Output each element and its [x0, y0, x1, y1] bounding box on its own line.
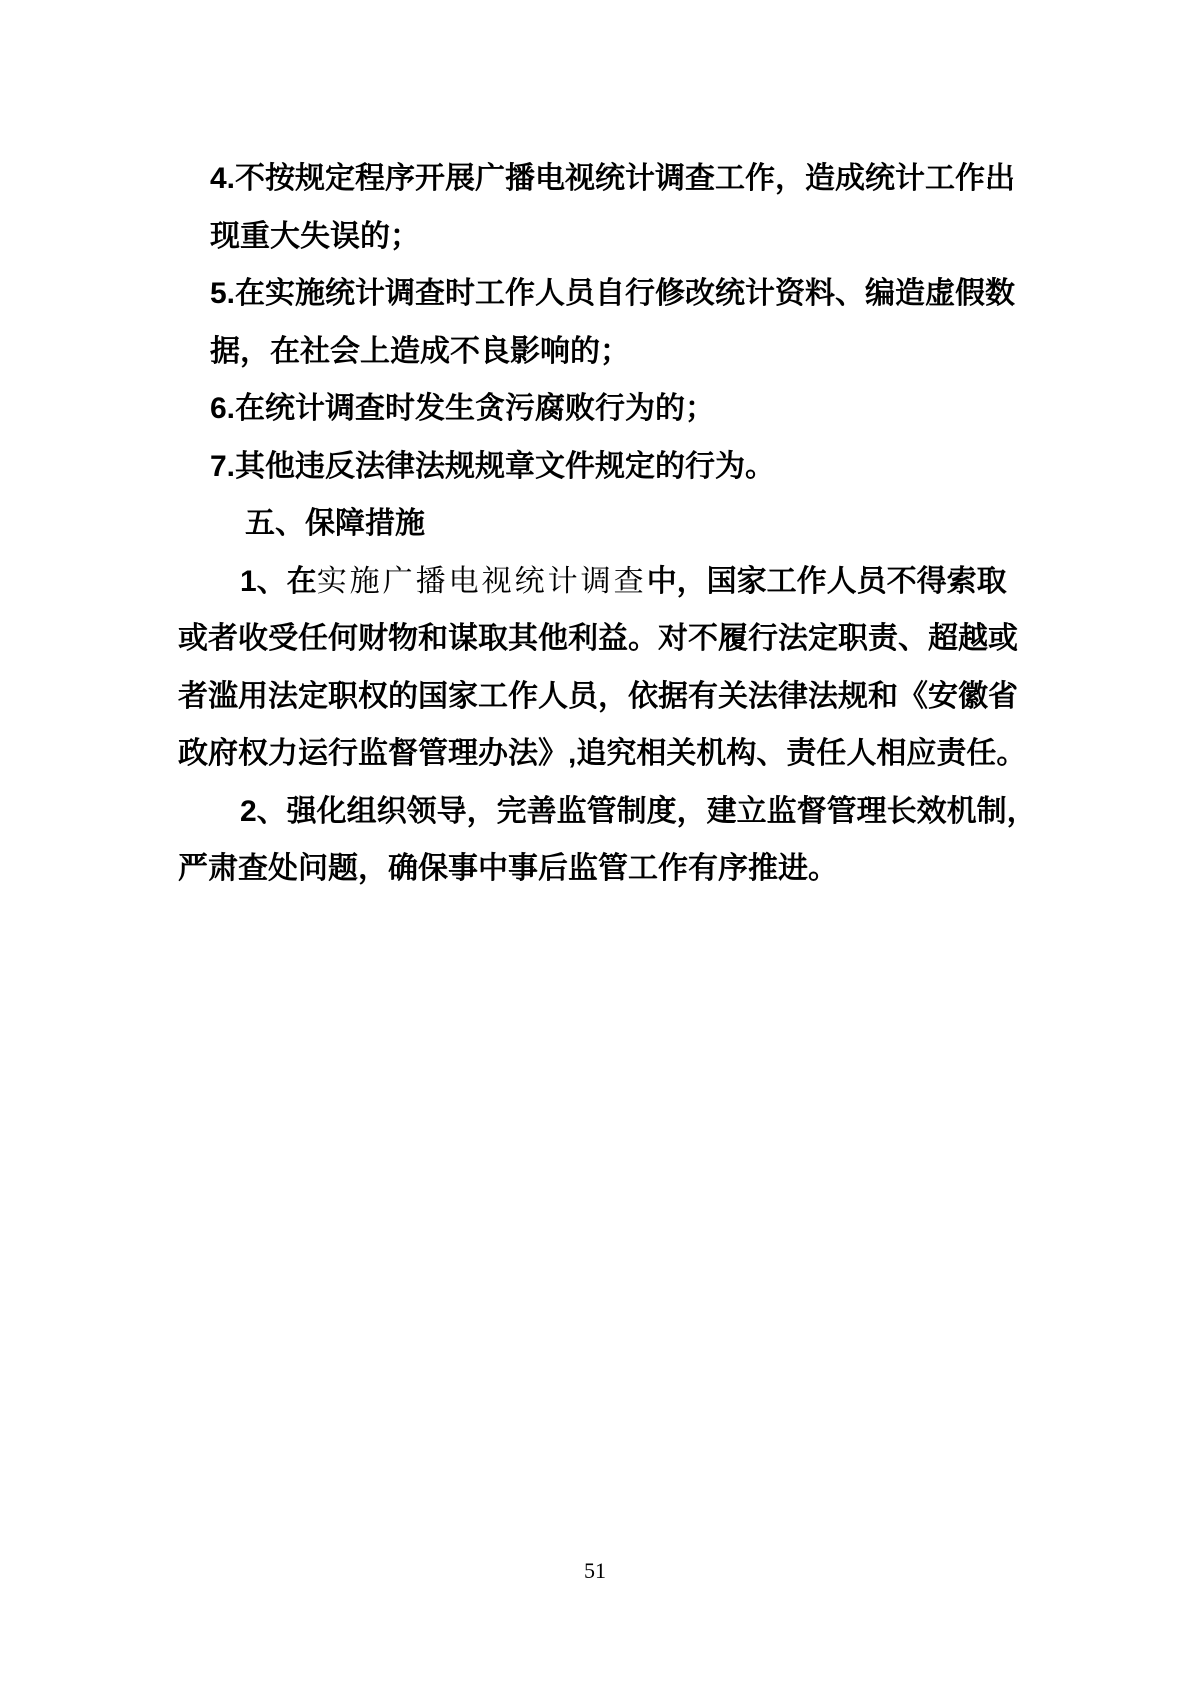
text-run: 者滥用法定职权的国家工作人员，依据有关法律法规和《安徽省 [178, 680, 1018, 713]
paragraph-para-2: 2、强化组织领导，完善监管制度，建立监督管理长效机制，严肃查处问题，确保事中事后… [0, 783, 1190, 898]
text-run: 实施广播电视统计调查 [317, 565, 647, 598]
paragraph-item-4: 4.不按规定程序开展广播电视统计调查工作，造成统计工作出现重大失误的； [0, 150, 1190, 265]
text-run: 现重大失误的； [210, 220, 420, 253]
text-line: 7.其他违反法律法规规章文件规定的行为。 [0, 438, 1190, 496]
text-line: 严肃查处问题，确保事中事后监管工作有序推进。 [0, 840, 1190, 898]
paragraph-item-6: 6.在统计调查时发生贪污腐败行为的； [0, 380, 1190, 438]
text-line: 6.在统计调查时发生贪污腐败行为的； [0, 380, 1190, 438]
page-number: 51 [584, 1558, 606, 1583]
paragraph-item-5: 5.在实施统计调查时工作人员自行修改统计资料、编造虚假数据，在社会上造成不良影响… [0, 265, 1190, 380]
text-run: 1、在 [240, 565, 317, 598]
text-line: 或者收受任何财物和谋取其他利益。对不履行法定职责、超越或 [0, 610, 1190, 668]
text-run: 中，国家工作人员不得索取 [647, 565, 1007, 598]
text-run: 据，在社会上造成不良影响的； [210, 335, 630, 368]
text-run: 4.不按规定程序开展广播电视统计调查工作，造成统计工作出 [210, 162, 1015, 195]
text-line: 4.不按规定程序开展广播电视统计调查工作，造成统计工作出 [0, 150, 1190, 208]
text-line: 者滥用法定职权的国家工作人员，依据有关法律法规和《安徽省 [0, 668, 1190, 726]
text-run: 7.其他违反法律法规规章文件规定的行为。 [210, 450, 775, 483]
text-run: 或者收受任何财物和谋取其他利益。对不履行法定职责、超越或 [178, 622, 1018, 655]
text-line: 2、强化组织领导，完善监管制度，建立监督管理长效机制， [0, 783, 1190, 841]
text-run: 2、强化组织领导，完善监管制度，建立监督管理长效机制， [240, 795, 1037, 828]
text-line: 政府权力运行监督管理办法》,追究相关机构、责任人相应责任。 [0, 725, 1190, 783]
text-run: 5.在实施统计调查时工作人员自行修改统计资料、编造虚假数 [210, 277, 1015, 310]
text-run: 五、保障措施 [245, 507, 425, 540]
text-line: 1、在实施广播电视统计调查中，国家工作人员不得索取 [0, 553, 1190, 611]
text-line: 现重大失误的； [0, 208, 1190, 266]
document-page: 4.不按规定程序开展广播电视统计调查工作，造成统计工作出现重大失误的；5.在实施… [0, 0, 1190, 1683]
page-footer: 51 [0, 1558, 1190, 1584]
text-run: 6.在统计调查时发生贪污腐败行为的； [210, 392, 715, 425]
document-body: 4.不按规定程序开展广播电视统计调查工作，造成统计工作出现重大失误的；5.在实施… [0, 150, 1190, 898]
paragraph-para-1: 1、在实施广播电视统计调查中，国家工作人员不得索取或者收受任何财物和谋取其他利益… [0, 553, 1190, 783]
text-line: 五、保障措施 [0, 495, 1190, 553]
text-line: 据，在社会上造成不良影响的； [0, 323, 1190, 381]
paragraph-item-7: 7.其他违反法律法规规章文件规定的行为。 [0, 438, 1190, 496]
text-run: 政府权力运行监督管理办法》,追究相关机构、责任人相应责任。 [178, 737, 1026, 770]
paragraph-section-heading-5: 五、保障措施 [0, 495, 1190, 553]
text-run: 严肃查处问题，确保事中事后监管工作有序推进。 [178, 852, 838, 885]
text-line: 5.在实施统计调查时工作人员自行修改统计资料、编造虚假数 [0, 265, 1190, 323]
